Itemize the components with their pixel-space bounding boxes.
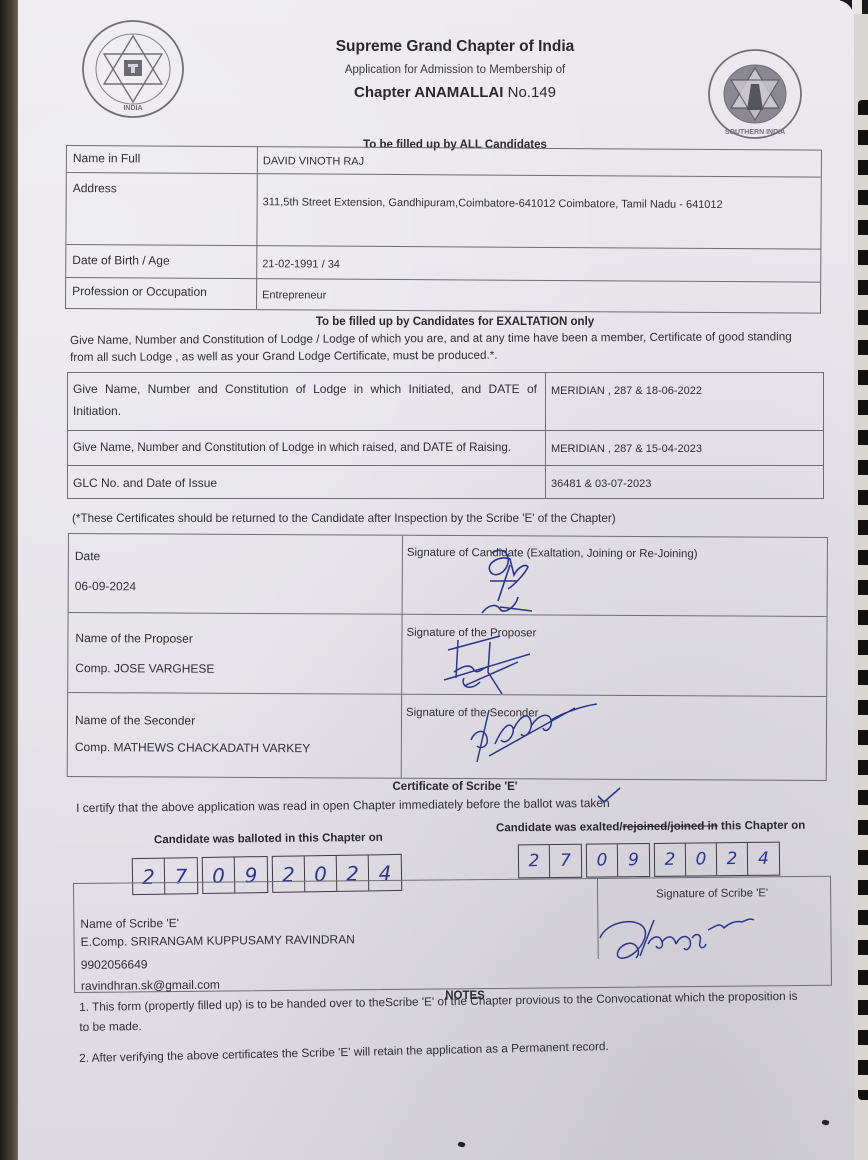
- candidate-details-table: Name in Full DAVID VINOTH RAJ Address 31…: [65, 145, 822, 314]
- chapter-number: No.149: [508, 84, 556, 101]
- exalted-date-boxes: 2 7 0 9 2 0 2 4: [518, 842, 780, 879]
- scribe-signature-label: Signature of Scribe 'E': [656, 887, 768, 900]
- form-subtitle: Application for Admission to Membership …: [250, 64, 660, 76]
- scribe-name-label: Name of Scribe 'E': [80, 916, 179, 931]
- column-divider: [597, 879, 599, 959]
- chapter-title: Chapter ANAMALLAI No.149: [250, 84, 660, 101]
- address-label: Address: [73, 181, 117, 195]
- raising-value[interactable]: MERIDIAN , 287 & 15-04-2023: [551, 443, 702, 455]
- scribe-certificate-heading: Certificate of Scribe 'E': [300, 781, 610, 793]
- date-value[interactable]: 06-09-2024: [75, 579, 136, 593]
- address-value[interactable]: 311,5th Street Extension, Gandhipuram,Co…: [263, 196, 723, 211]
- signatures-table: Date 06-09-2024 Signature of Candidate (…: [67, 533, 828, 781]
- table-row: Profession or Occupation Entrepreneur: [66, 277, 820, 315]
- glc-label: GLC No. and Date of Issue: [73, 476, 217, 490]
- table-row: Address 311,5th Street Extension, Gandhi…: [66, 172, 820, 249]
- table-row: GLC No. and Date of Issue 36481 & 03-07-…: [68, 465, 823, 500]
- joined-in-struck: joined in: [670, 820, 717, 832]
- glc-value[interactable]: 36481 & 03-07-2023: [551, 478, 651, 490]
- exalted-month: 0 9: [586, 843, 650, 878]
- lodge-details-table: Give Name, Number and Constitution of Lo…: [67, 372, 824, 499]
- organization-title: Supreme Grand Chapter of India: [250, 38, 660, 56]
- name-label: Name in Full: [73, 151, 140, 165]
- scribe-details-table: Name of Scribe 'E' E.Comp. SRIRANGAM KUP…: [73, 876, 832, 993]
- name-value[interactable]: DAVID VINOTH RAJ: [263, 155, 364, 168]
- exalted-day: 2 7: [518, 844, 582, 879]
- regional-grand-chapter-seal-icon: SOUTHERN INDIA: [707, 48, 804, 140]
- date-label: Date: [75, 549, 100, 563]
- balloted-label: Candidate was balloted in this Chapter o…: [154, 832, 383, 846]
- table-row: Give Name, Number and Constitution of Lo…: [68, 430, 823, 465]
- exalted-label-suffix: this Chapter on: [718, 820, 806, 833]
- date-digit-box[interactable]: 2: [519, 845, 550, 877]
- profession-label: Profession or Occupation: [72, 284, 207, 299]
- table-row: Give Name, Number and Constitution of Lo…: [68, 373, 823, 430]
- scribe-phone[interactable]: 9902056649: [81, 957, 148, 972]
- seconder-name[interactable]: Comp. MATHEWS CHACKADATH VARKEY: [75, 740, 310, 755]
- proposer-signature-label: Signature of the Proposer: [406, 627, 536, 640]
- date-digit-box[interactable]: 0: [686, 843, 717, 875]
- profession-value[interactable]: Entrepreneur: [262, 289, 326, 301]
- date-digit-box[interactable]: 0: [587, 844, 618, 876]
- scribe-email[interactable]: ravindhran.sk@gmail.com: [81, 978, 220, 993]
- initiation-label: Give Name, Number and Constitution of Lo…: [73, 382, 537, 396]
- table-row: Date 06-09-2024 Signature of Candidate (…: [69, 534, 827, 616]
- candidate-signature-label: Signature of Candidate (Exaltation, Join…: [407, 547, 698, 561]
- raising-label: Give Name, Number and Constitution of Lo…: [73, 441, 511, 454]
- exalted-label-prefix: Candidate was exalted/: [496, 821, 623, 834]
- exalted-year: 2 0 2 4: [654, 842, 780, 877]
- svg-text:INDIA: INDIA: [123, 105, 142, 112]
- scribe-name[interactable]: E.Comp. SRIRANGAM KUPPUSAMY RAVINDRAN: [80, 932, 354, 949]
- table-row: Name of the Proposer Comp. JOSE VARGHESE…: [68, 612, 826, 696]
- spiral-binding: [858, 100, 868, 1100]
- proposer-name[interactable]: Comp. JOSE VARGHESE: [75, 661, 214, 676]
- date-digit-box[interactable]: 9: [618, 844, 649, 876]
- table-row: Name of the Seconder Comp. MATHEWS CHACK…: [68, 692, 826, 782]
- supreme-grand-chapter-seal-icon: INDIA: [80, 18, 186, 120]
- certificates-footnote: (*These Certificates should be returned …: [72, 510, 616, 527]
- seconder-signature-label: Signature of the Seconder: [406, 707, 538, 720]
- dob-age-label: Date of Birth / Age: [72, 253, 169, 268]
- exaltation-instructions: Give Name, Number and Constitution of Lo…: [70, 328, 830, 366]
- initiation-value[interactable]: MERIDIAN , 287 & 18-06-2022: [551, 385, 702, 397]
- rejoined-struck: rejoined: [622, 821, 667, 833]
- initiation-label-cont: Initiation.: [73, 404, 121, 418]
- date-digit-box[interactable]: 7: [550, 845, 581, 877]
- date-digit-box[interactable]: 2: [655, 844, 686, 876]
- exaltation-heading: To be filled up by Candidates for EXALTA…: [250, 316, 660, 328]
- date-digit-box[interactable]: 2: [717, 843, 748, 875]
- table-row: Date of Birth / Age 21-02-1991 / 34: [66, 244, 820, 282]
- date-digit-box[interactable]: 4: [748, 843, 779, 875]
- seconder-label: Name of the Seconder: [75, 713, 195, 728]
- svg-text:SOUTHERN INDIA: SOUTHERN INDIA: [725, 129, 785, 136]
- dob-age-value[interactable]: 21-02-1991 / 34: [262, 258, 340, 270]
- chapter-name: Chapter ANAMALLAI: [354, 84, 508, 101]
- proposer-label: Name of the Proposer: [75, 631, 192, 646]
